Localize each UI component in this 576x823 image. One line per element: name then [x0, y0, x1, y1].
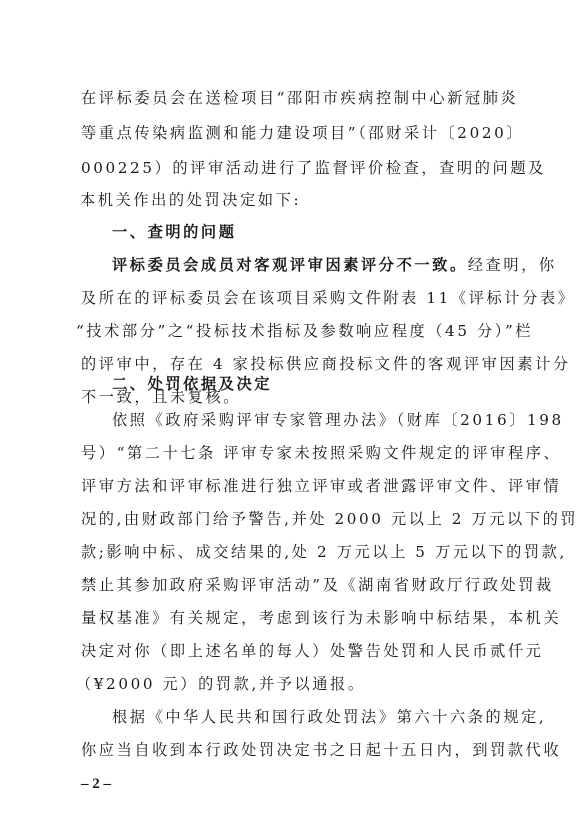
body-line: 款;影响中标、成交结果的,处 2 万元以上 5 万元以下的罚款, [81, 542, 567, 562]
body-line: 评审方法和评审标准进行独立评审或者泄露评审文件、评审情 [81, 476, 561, 496]
lead-rest: 经查明，你 [468, 256, 557, 274]
section-heading-1: 一、查明的问题 [112, 222, 237, 242]
body-line: 量权基准》有关规定，考虑到该行为未影响中标结果，本机关 [81, 608, 561, 628]
body-line: 根据《中华人民共和国行政处罚法》第六十六条的规定, [112, 707, 546, 727]
body-line: 在评标委员会在送检项目“邵阳市疾病控制中心新冠肺炎 [81, 88, 518, 108]
body-line: 禁止其参加政府采购评审活动”及《湖南省财政厅行政处罚裁 [81, 575, 554, 595]
body-line: （¥2000 元）的罚款,并予以通报。 [76, 674, 366, 694]
body-line: 况的,由财政部门给予警告,并处 2000 元以上 2 万元以下的罚 [81, 509, 576, 529]
body-line: 000225）的评审活动进行了监督评价检查，查明的问题及 [81, 158, 546, 178]
section1-lead: 评标委员会成员对客观评审因素评分不一致。经查明，你 [112, 255, 557, 275]
body-line: 的评审中，存在 4 家投标供应商投标文件的客观评审因素计分 [81, 354, 571, 374]
body-line: “技术部分”之“投标技术指标及参数响应程度（45 分）”栏 [76, 321, 533, 341]
body-line: 号）“第二十七条 评审专家未按照采购文件规定的评审程序、 [81, 443, 561, 463]
page-number: – 2 – [81, 776, 111, 793]
bold-finding: 评标委员会成员对客观评审因素评分不一致。 [112, 256, 468, 274]
body-line: 本机关作出的处罚决定如下: [80, 190, 301, 210]
body-line: 及所在的评标委员会在该项目采购文件附表 11《评标计分表》 [81, 288, 575, 308]
body-line: 你应当自收到本行政处罚决定书之日起十五日内，到罚款代收 [81, 740, 561, 760]
body-line: 等重点传染病监测和能力建设项目”（邵财采计〔2020〕 [81, 123, 524, 143]
body-line: 依照《政府采购评审专家管理办法》（财库〔2016〕198 [112, 410, 564, 430]
section-heading-2: 二、处罚依据及决定 [112, 374, 272, 394]
body-line: 决定对你（即上述名单的每人）处警告处罚和人民币贰仟元 [81, 641, 543, 661]
